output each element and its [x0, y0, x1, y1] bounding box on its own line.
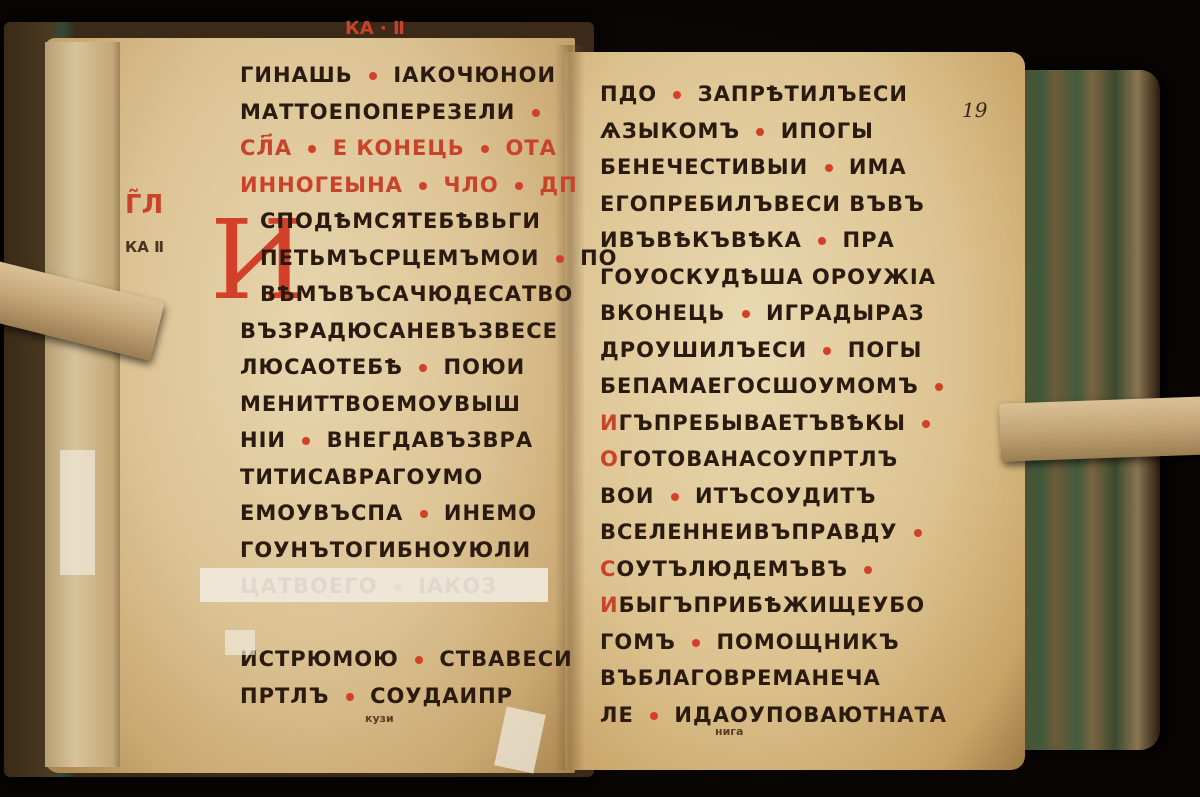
right-page-text: ПДО ЗАПРѢТИЛЪЕСИ ѦЗЫКОМЪ ИПОГЫ БЕНЕЧЕСТИ… — [600, 76, 940, 733]
text-line: ИБЫГЪПРИБѢЖИЩЕУБО — [600, 587, 940, 624]
red-punctuation-dot — [346, 693, 354, 701]
text-line: ВОИ ИТЪСОУДИТЪ — [600, 478, 940, 515]
text-span: ГЪПРЕБЫВАЕТЪВѢКЫ — [619, 411, 939, 435]
red-punctuation-dot — [415, 656, 423, 664]
red-punctuation-dot — [922, 420, 930, 428]
red-punctuation-dot — [308, 145, 316, 153]
text-line: ГОУОСКУДѢША ОРОУЖІА — [600, 259, 940, 296]
red-punctuation-dot — [864, 566, 872, 574]
text-line: ВСЕЛЕННЕИВЪПРАВДУ — [600, 514, 940, 551]
text-line: ПДО ЗАПРѢТИЛЪЕСИ — [600, 76, 940, 113]
red-initial: О — [600, 447, 619, 471]
text-line: МАТТОЕПОПЕРЕЗЕЛИ — [240, 94, 560, 131]
text-line: ГИНАШЬ ІАКОЧЮНОИ — [240, 57, 560, 94]
red-punctuation-dot — [556, 255, 564, 263]
margin-note-top: Г̃Л — [125, 190, 195, 220]
text-line: СПОДѢМСЯТЕБѢВЬГИ — [240, 203, 560, 240]
text-line: ИГЪПРЕБЫВАЕТЪВѢКЫ — [600, 405, 940, 442]
text-line: ЕГОПРЕБИЛЪВЕСИ ВЪВЪ — [600, 186, 940, 223]
red-initial: С — [600, 557, 616, 581]
text-line: ИСТРЮМОЮ СТВАВЕСИ — [240, 641, 560, 678]
text-line: ПЕТЬМЪСРЦЕМЪМОИ ПО — [240, 240, 560, 277]
text-span: ГОТОВАНАСОУПРТЛЪ — [619, 447, 898, 471]
red-punctuation-dot — [419, 182, 427, 190]
red-punctuation-dot — [302, 437, 310, 445]
text-line: МЕНИТТВОЕМОУВЫШ — [240, 386, 560, 423]
rubric-line: СЛ҃А Е КОНЕЦЬ ОТА — [240, 130, 560, 167]
text-line: ГОМЪ ПОМОЩНИКЪ — [600, 624, 940, 661]
text-line: БЕНЕЧЕСТИВЫИ ИМА — [600, 149, 940, 186]
text-line: ЛЮСАОТЕБѢ ПОЮИ — [240, 349, 560, 386]
margin-note-bottom: КА Ⅱ — [125, 238, 195, 256]
red-punctuation-dot — [914, 529, 922, 537]
flyleaf — [45, 42, 120, 767]
red-punctuation-dot — [818, 237, 826, 245]
text-span: ОУТЪЛЮДЕМЪВЪ — [616, 557, 880, 581]
text-line: ИВЪВѢКЪВѢКА ПРА — [600, 222, 940, 259]
text-line: ОГОТОВАНАСОУПРТЛЪ — [600, 441, 940, 478]
left-page-text: ГИНАШЬ ІАКОЧЮНОИ МАТТОЕПОПЕРЕЗЕЛИ СЛ҃А Е… — [240, 57, 560, 714]
text-line: НІИ ВНЕГДАВЪЗВРА — [240, 422, 560, 459]
red-punctuation-dot — [650, 712, 658, 720]
header-rubric: КА · Ⅱ — [345, 18, 405, 39]
red-punctuation-dot — [369, 72, 377, 80]
folio-number: 19 — [962, 98, 987, 122]
red-punctuation-dot — [742, 310, 750, 318]
red-punctuation-dot — [532, 109, 540, 117]
text-line: ВКОНЕЦЬ ИГРАДЫРАЗ — [600, 295, 940, 332]
red-punctuation-dot — [823, 347, 831, 355]
paper-tape-left — [60, 450, 95, 575]
catchword-left: кузи — [365, 712, 394, 725]
text-line: ѦЗЫКОМЪ ИПОГЫ — [600, 113, 940, 150]
red-punctuation-dot — [673, 91, 681, 99]
red-punctuation-dot — [935, 383, 943, 391]
red-punctuation-dot — [825, 164, 833, 172]
red-punctuation-dot — [692, 639, 700, 647]
text-span: БЫГЪПРИБѢЖИЩЕУБО — [619, 593, 926, 617]
red-initial: И — [600, 593, 619, 617]
red-punctuation-dot — [481, 145, 489, 153]
red-punctuation-dot — [419, 364, 427, 372]
margin-note: Г̃Л КА Ⅱ — [125, 190, 195, 256]
text-line-blank — [240, 605, 560, 642]
red-punctuation-dot — [671, 493, 679, 501]
text-line: СОУТЪЛЮДЕМЪВЪ — [600, 551, 940, 588]
wooden-stick-right — [999, 396, 1200, 461]
text-line: ГОУНЪТОГИБНОУЮЛИ — [240, 532, 560, 569]
red-punctuation-dot — [515, 182, 523, 190]
red-initial: И — [600, 411, 619, 435]
text-line: ЛЕ ИДАОУПОВАЮТНАТА — [600, 697, 940, 734]
rubric-line: ИННОГЕЫНА ЧЛО ДП — [240, 167, 560, 204]
initial-capital: И — [210, 205, 240, 325]
text-line: ВЪБЛАГОВРЕМАНЕЧА — [600, 660, 940, 697]
text-line: ТИТИСАВРАГОУМО — [240, 459, 560, 496]
paper-tape-strip — [200, 568, 548, 602]
paper-tape-patch — [225, 630, 255, 655]
catchword-right: нига — [715, 725, 743, 738]
text-line: ВѢМЪВЪСАЧЮДЕСАТВО — [240, 276, 560, 313]
text-line: БЕПАМАЕГОСШОУМОМЪ — [600, 368, 940, 405]
text-line: ЕМОУВЪСПА ИНЕМО — [240, 495, 560, 532]
text-line: ДРОУШИЛЪЕСИ ПОГЫ — [600, 332, 940, 369]
red-punctuation-dot — [756, 128, 764, 136]
red-punctuation-dot — [420, 510, 428, 518]
text-line: ВЪЗРАДЮСАНЕВЪЗВЕСЕ — [240, 313, 560, 350]
